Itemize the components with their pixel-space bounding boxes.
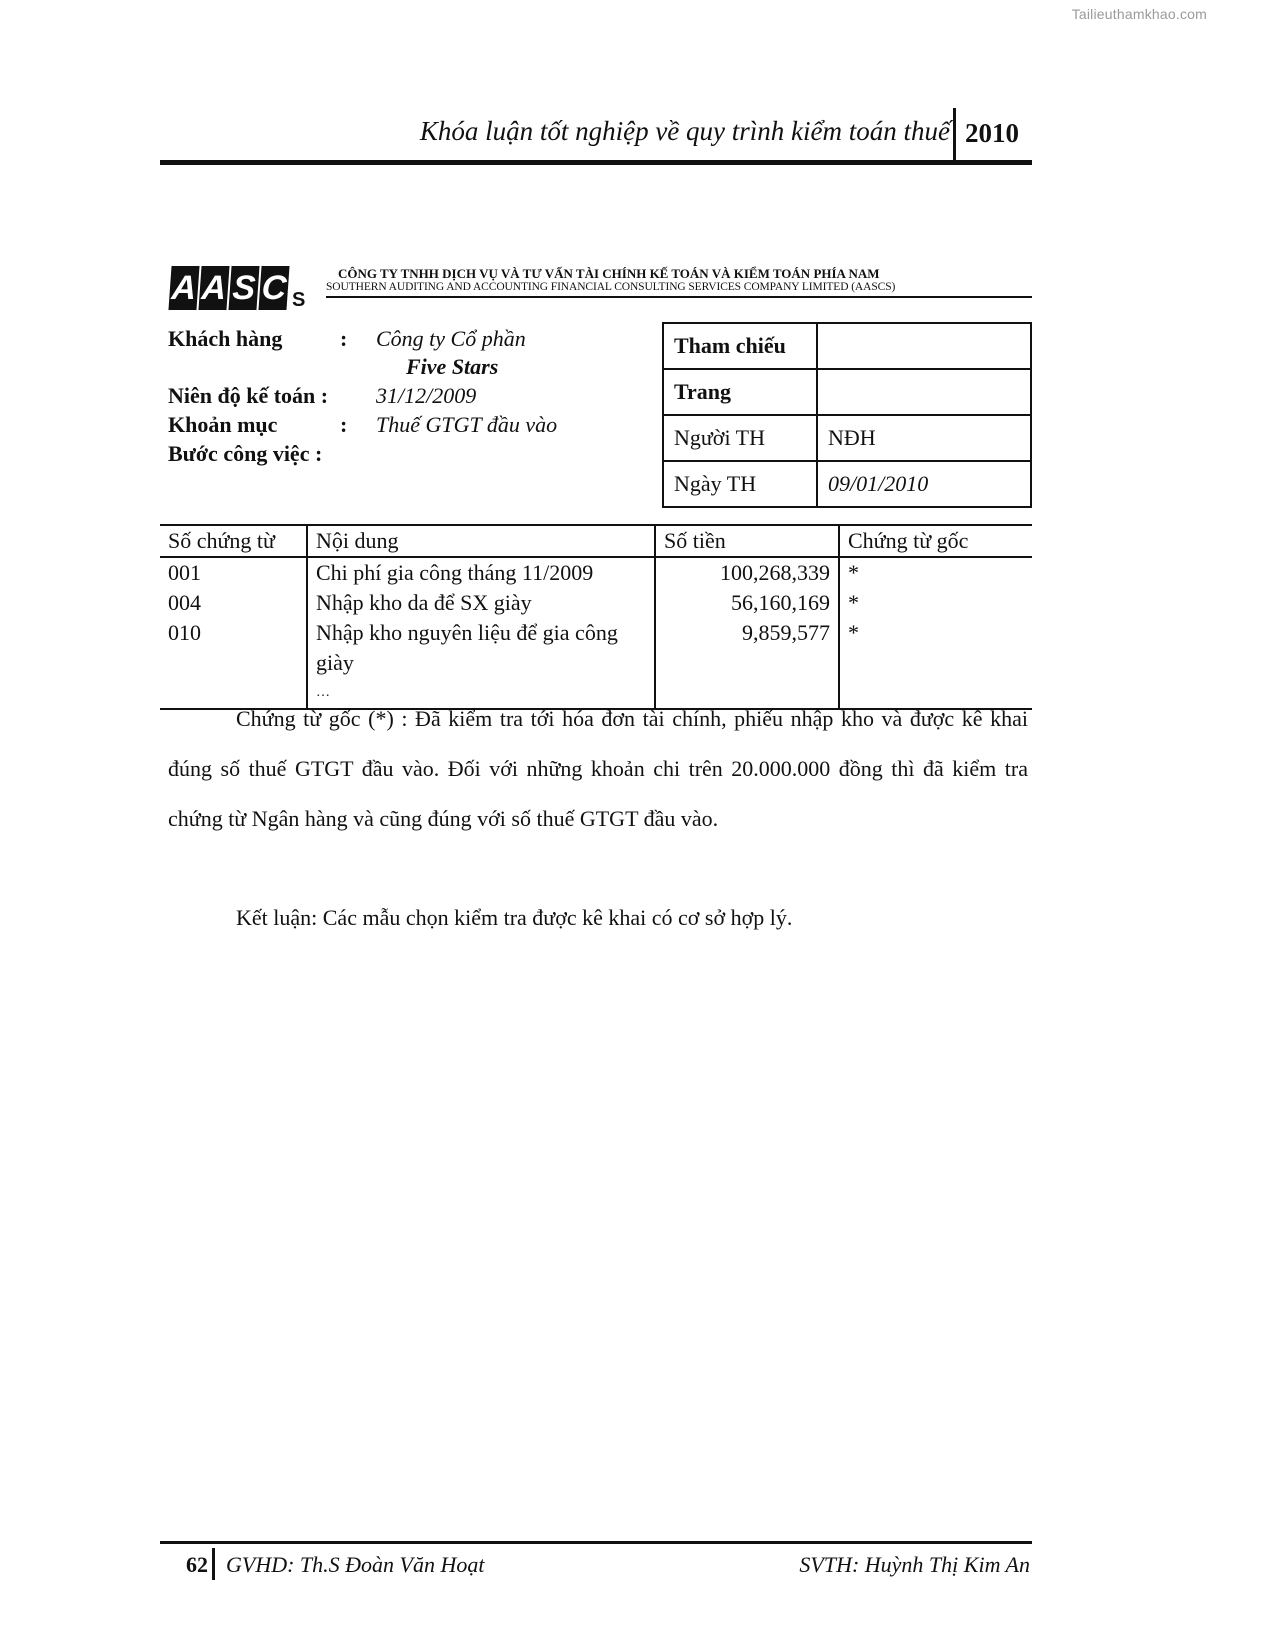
item-colon: : xyxy=(340,412,347,438)
voucher-amount: 56,160,169 xyxy=(655,588,839,618)
note-text: Chứng từ gốc (*) : Đã kiểm tra tới hóa đ… xyxy=(168,706,1028,831)
student-name: SVTH: Huỳnh Thị Kim An xyxy=(799,1552,1030,1578)
page-number: 62 xyxy=(186,1552,208,1578)
column-header: Số tiền xyxy=(655,525,839,557)
client-colon: : xyxy=(340,326,347,352)
reference-label: Trang xyxy=(663,369,817,415)
reference-row: Tham chiếu xyxy=(663,323,1031,369)
voucher-content: Chi phí gia công tháng 11/2009 xyxy=(307,557,655,588)
period-value: 31/12/2009 xyxy=(376,383,476,409)
header-divider xyxy=(953,108,956,164)
column-header: Nội dung xyxy=(307,525,655,557)
table-row: 001 Chi phí gia công tháng 11/2009 100,2… xyxy=(160,557,1032,588)
voucher-content: Nhập kho nguyên liệu để gia công giày xyxy=(307,618,655,678)
table-row: 010 Nhập kho nguyên liệu để gia công già… xyxy=(160,618,1032,678)
client-value-line2: Five Stars xyxy=(406,354,498,380)
table-header-row: Số chứng từ Nội dung Số tiền Chứng từ gố… xyxy=(160,525,1032,557)
logo-letter: S xyxy=(228,266,259,310)
footer-rule xyxy=(160,1541,1032,1544)
voucher-amount: 9,859,577 xyxy=(655,618,839,678)
item-value: Thuế GTGT đầu vào xyxy=(376,412,557,438)
logo-suffix: S xyxy=(292,290,305,310)
reference-row: Ngày TH 09/01/2010 xyxy=(663,461,1031,507)
conclusion-paragraph: Kết luận: Các mẫu chọn kiểm tra được kê … xyxy=(168,893,1028,943)
client-value: Công ty Cổ phần xyxy=(376,326,526,352)
watermark: Tailieuthamkhao.com xyxy=(1072,6,1207,22)
header-year: 2010 xyxy=(965,118,1019,149)
voucher-table: Số chứng từ Nội dung Số tiền Chứng từ gố… xyxy=(160,524,1032,710)
reference-value: 09/01/2010 xyxy=(817,461,1031,507)
advisor-name: GVHD: Th.S Đoàn Văn Hoạt xyxy=(226,1552,485,1578)
company-rule xyxy=(326,296,1032,298)
table-row: 004 Nhập kho da để SX giày 56,160,169 * xyxy=(160,588,1032,618)
reference-row: Người TH NĐH xyxy=(663,415,1031,461)
logo-letter: A xyxy=(198,266,229,310)
reference-value: NĐH xyxy=(817,415,1031,461)
reference-value xyxy=(817,369,1031,415)
logo-letter: A xyxy=(168,266,199,310)
reference-label: Ngày TH xyxy=(663,461,817,507)
reference-table: Tham chiếu Trang Người TH NĐH Ngày TH 09… xyxy=(662,322,1032,508)
client-label: Khách hàng xyxy=(168,326,282,352)
company-name-en: SOUTHERN AUDITING AND ACCOUNTING FINANCI… xyxy=(326,281,895,293)
logo-letter: C xyxy=(258,266,289,310)
reference-row: Trang xyxy=(663,369,1031,415)
voucher-content: Nhập kho da để SX giày xyxy=(307,588,655,618)
note-paragraph: Chứng từ gốc (*) : Đã kiểm tra tới hóa đ… xyxy=(168,694,1028,844)
column-header: Số chứng từ xyxy=(160,525,307,557)
company-name-vn: CÔNG TY TNHH DỊCH VỤ VÀ TƯ VẤN TÀI CHÍNH… xyxy=(338,266,880,282)
aascs-logo: A A S C S xyxy=(170,266,305,310)
voucher-amount: 100,268,339 xyxy=(655,557,839,588)
conclusion-text: Kết luận: Các mẫu chọn kiểm tra được kê … xyxy=(236,905,792,930)
footer-divider xyxy=(212,1548,215,1580)
column-header: Chứng từ gốc xyxy=(839,525,1032,557)
reference-label: Người TH xyxy=(663,415,817,461)
item-label: Khoản mục xyxy=(168,412,277,438)
reference-value xyxy=(817,323,1031,369)
reference-label: Tham chiếu xyxy=(663,323,817,369)
header-rule xyxy=(160,160,1032,165)
step-label: Bước công việc : xyxy=(168,441,322,467)
header-title: Khóa luận tốt nghiệp về quy trình kiểm t… xyxy=(330,116,950,147)
period-label: Niên độ kế toán : xyxy=(168,383,328,409)
voucher-mark: * xyxy=(839,588,1032,618)
voucher-number: 010 xyxy=(160,618,307,678)
voucher-mark: * xyxy=(839,618,1032,678)
voucher-number: 004 xyxy=(160,588,307,618)
voucher-number: 001 xyxy=(160,557,307,588)
voucher-mark: * xyxy=(839,557,1032,588)
